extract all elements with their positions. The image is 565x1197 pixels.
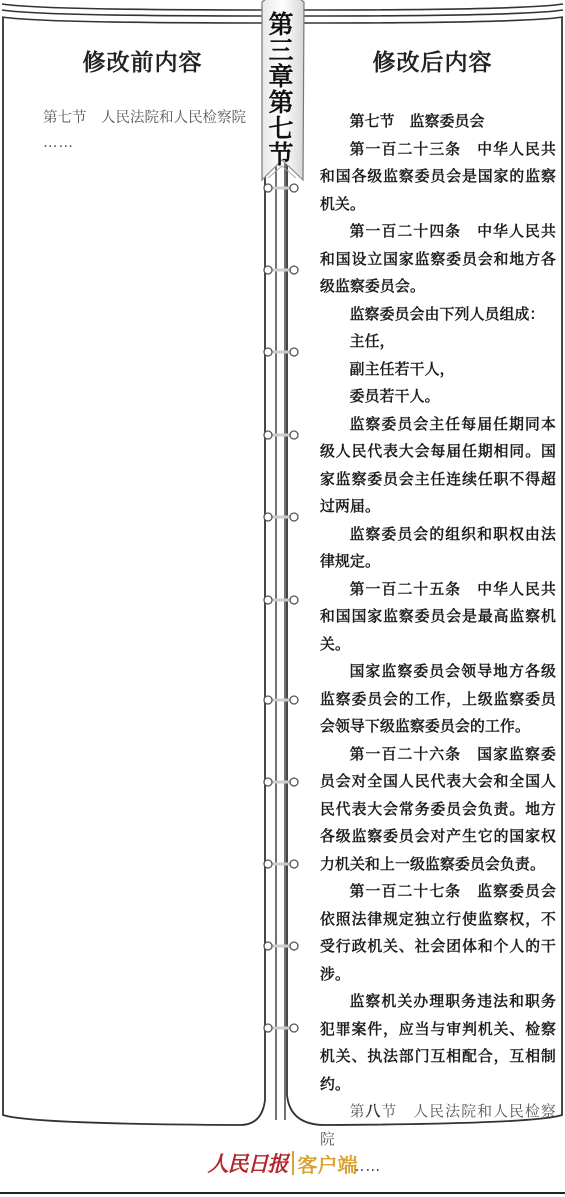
after-paragraph: 监察委员会的组织和职权由法律规定。 (320, 521, 556, 576)
peoples-daily-logo: 人民日报 客户端 (208, 1148, 358, 1178)
before-ellipsis: …… (14, 131, 246, 156)
after-paragraph: 第一百二十四条 中华人民共和国设立国家监察委员会和地方各级监察委员会。 (320, 218, 556, 301)
next-section-number: 八 (366, 1103, 382, 1120)
after-title: 修改后内容 (330, 44, 535, 77)
after-paragraph: 国家监察委员会领导地方各级监察委员会的工作，上级监察委员会领导下级监察委员会的工… (320, 658, 556, 741)
footer: 人民日报 客户端 (0, 1140, 565, 1190)
before-content: 第七节 人民法院和人民检察院 …… (14, 106, 246, 156)
after-paragraph: 第一百二十七条 监察委员会依照法律规定独立行使监察权，不受行政机关、社会团体和个… (320, 878, 556, 988)
chapter-tab-label: 第 三 章 第 七 节 (259, 12, 303, 168)
tab-char: 第 (259, 90, 303, 116)
after-paragraph: 主任， (320, 328, 556, 356)
tab-char: 三 (259, 38, 303, 64)
after-paragraph: 委员若干人。 (320, 383, 556, 411)
next-section-prefix: 第 (350, 1103, 366, 1120)
tab-char: 第 (259, 12, 303, 38)
after-content: 第七节 监察委员会 第一百二十三条 中华人民共和国各级监察委员会是国家的监察机关… (320, 108, 556, 1181)
tab-char: 章 (259, 64, 303, 90)
after-paragraph: 第一百二十三条 中华人民共和国各级监察委员会是国家的监察机关。 (320, 136, 556, 219)
logo-brand-text: 人民日报 (208, 1148, 288, 1178)
after-paragraph: 第一百二十五条 中华人民共和国国家监察委员会是最高监察机关。 (320, 576, 556, 659)
after-paragraph: 第七节 监察委员会 (320, 108, 556, 136)
logo-divider (292, 1151, 294, 1175)
bottom-divider (0, 1192, 565, 1194)
after-paragraph: 监察委员会主任每届任期同本级人民代表大会每届任期相同。国家监察委员会主任连续任职… (320, 411, 556, 521)
tab-char: 七 (259, 116, 303, 142)
after-paragraph: 副主任若干人， (320, 356, 556, 384)
before-title: 修改前内容 (40, 44, 245, 77)
after-paragraph: 监察委员会由下列人员组成： (320, 301, 556, 329)
tab-char: 节 (259, 142, 303, 168)
logo-client-text: 客户端 (298, 1149, 358, 1178)
before-paragraph: 第七节 人民法院和人民检察院 (14, 106, 246, 131)
after-paragraph: 监察机关办理职务违法和职务犯罪案件，应当与审判机关、检察机关、执法部门互相配合，… (320, 988, 556, 1098)
after-paragraph: 第一百二十六条 国家监察委员会对全国人民代表大会和全国人民代表大会常务委员会负责… (320, 741, 556, 879)
